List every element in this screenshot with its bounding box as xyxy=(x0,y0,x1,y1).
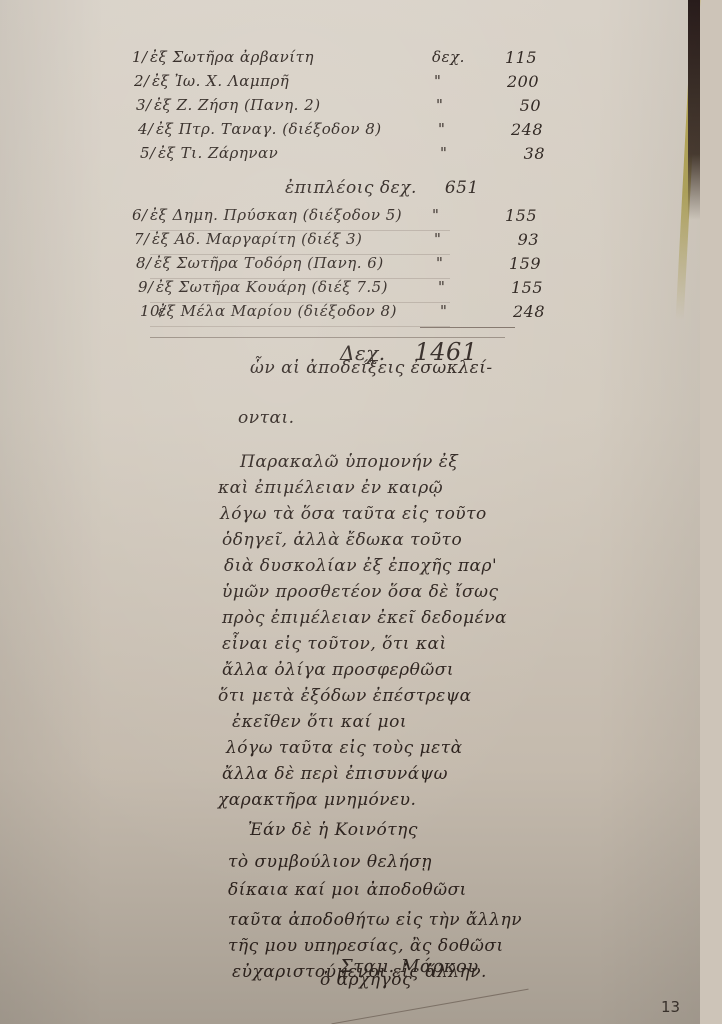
ruled-line xyxy=(150,254,450,255)
ledger-row-amount: 159 xyxy=(481,254,541,273)
ledger-row-amount: 200 xyxy=(479,72,539,91)
letter-line: λόγω τὰ ὅσα ταῦτα εἰς τοῦτο xyxy=(220,504,487,524)
ledger-row-description: ἐξ Σωτῆρα Τοδόρη (Πανη. 6) xyxy=(154,254,384,272)
letter-line: ἄλλα ὀλίγα προσφερθῶσι xyxy=(222,660,454,680)
letter-line: ὁδηγεῖ, ἀλλὰ ἔδωκα τοῦτο xyxy=(222,530,462,550)
ledger-row-unit: " xyxy=(436,254,443,272)
ledger-row-amount: 248 xyxy=(483,120,543,139)
ledger-row-unit: " xyxy=(440,144,447,162)
ledger-row-unit: " xyxy=(436,96,443,114)
subtotal-value: 651 xyxy=(445,178,479,198)
letter-line: Παρακαλῶ ὑπομονήν ἐξ xyxy=(240,452,458,472)
signature: Σταμ. Μάρκου xyxy=(340,956,479,977)
ledger-row-description: ἐξ Δημη. Πρύσκαη (διέξοδον 5) xyxy=(150,206,402,224)
ledger-row-description: ἐξ Ζ. Ζήση (Πανη. 2) xyxy=(154,96,321,114)
letter-line: ὧν αἱ ἀποδείξεις ἐσωκλεί- xyxy=(250,358,493,378)
letter-line: εἶναι εἰς τοῦτον, ὅτι καὶ xyxy=(222,634,447,654)
ledger-row-amount: 93 xyxy=(479,230,539,249)
ledger-row-description: ἐξ Τι. Ζάρηναν xyxy=(158,144,278,162)
ledger-row-unit: " xyxy=(432,206,439,224)
ledger-row-unit: " xyxy=(438,120,445,138)
page-number: 13 xyxy=(661,998,680,1016)
ledger-row-description: ἐξ Σωτῆρα Κουάρη (διέξ 7.5) xyxy=(156,278,388,296)
ledger-row-amount: 115 xyxy=(477,48,537,67)
ledger-row-description: ἐξ Αδ. Μαργαρίτη (διέξ 3) xyxy=(152,230,362,248)
ledger-row-amount: 248 xyxy=(485,302,545,321)
ledger-row-amount: 50 xyxy=(481,96,541,115)
letter-line: χαρακτῆρα μνημόνευ. xyxy=(218,790,416,810)
ruled-line xyxy=(150,302,450,303)
ledger-row-amount: 155 xyxy=(477,206,537,225)
letter-line: ταῦτα ἀποδοθήτω εἰς τὴν ἄλλην xyxy=(228,910,522,930)
ledger-row-description: ἐξ Πτρ. Ταναγ. (διέξοδον 8) xyxy=(156,120,382,138)
signature-flourish xyxy=(331,989,528,1024)
letter-line: ἐκεῖθεν ὅτι καί μοι xyxy=(232,712,407,732)
ledger-row-description: ἐξ Ἰω. Χ. Λαμπρῆ xyxy=(152,72,289,90)
letter-line: ὅτι μετὰ ἐξόδων ἐπέστρεψα xyxy=(218,686,472,706)
letter-line: πρὸς ἐπιμέλειαν ἐκεῖ δεδομένα xyxy=(222,608,507,628)
letter-line: τῆς μου υπηρεσίας, ἂς δοθῶσι xyxy=(228,936,504,956)
letter-line: ὑμῶν προσθετέον ὅσα δὲ ἴσως xyxy=(222,582,499,602)
letter-line: τὸ συμβούλιον θελήσῃ xyxy=(228,852,432,872)
ledger-row-unit: " xyxy=(440,302,447,320)
ledger-row-unit: " xyxy=(438,278,445,296)
ruled-line xyxy=(150,230,450,231)
letter-line: ἄλλα δὲ περὶ ἐπισυνάψω xyxy=(222,764,448,784)
ledger-row-description: ἐξ Μέλα Μαρίου (διέξοδον 8) xyxy=(158,302,397,320)
letter-line: ονται. xyxy=(238,408,295,428)
ledger-row-unit: δεχ. xyxy=(432,48,465,66)
ruled-line xyxy=(150,326,450,327)
subtotal-label: ἐπιπλέοις δεχ. xyxy=(285,178,417,198)
total-rule xyxy=(420,327,515,328)
letter-line: καὶ ἐπιμέλειαν ἐν καιρῷ xyxy=(218,478,443,498)
ledger-row-amount: 38 xyxy=(485,144,545,163)
ruled-line xyxy=(150,278,450,279)
letter-line: Ἐάν δὲ ἡ Κοινότης xyxy=(248,820,418,840)
letter-line: διὰ δυσκολίαν ἐξ ἐποχῆς παρ' xyxy=(224,556,497,576)
subtotal-row: ἐπιπλέοις δεχ. 651 xyxy=(285,178,479,198)
ledger-row-unit: " xyxy=(434,230,441,248)
background-shadow xyxy=(688,0,700,220)
ledger-row-description: ἐξ Σωτῆρα ἀρβανίτη xyxy=(150,48,314,66)
ledger-row-unit: " xyxy=(434,72,441,90)
letter-line: λόγω ταῦτα εἰς τοὺς μετὰ xyxy=(226,738,463,758)
ledger-row-amount: 155 xyxy=(483,278,543,297)
manuscript-page: 1/ἐξ Σωτῆρα ἀρβανίτηδεχ.1152/ἐξ Ἰω. Χ. Λ… xyxy=(0,0,700,1024)
letter-line: δίκαια καί μοι ἀποδοθῶσι xyxy=(228,880,467,900)
